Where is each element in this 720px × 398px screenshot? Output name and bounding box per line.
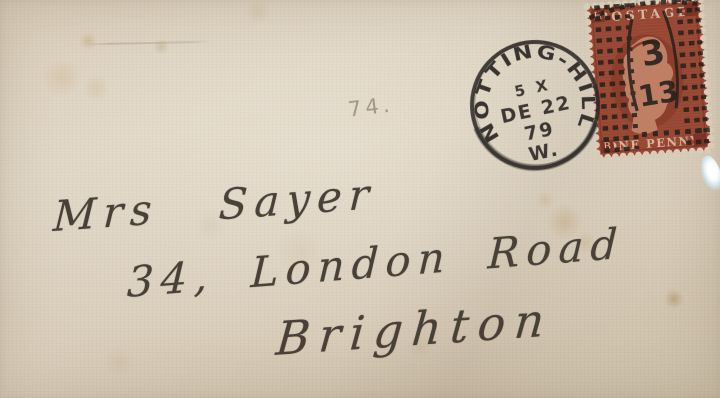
postmark-notting-hill: NOTTING-HILL 5 X DE 22 79 W. [456, 26, 614, 184]
cancel-number-bottom: 13 [636, 74, 681, 114]
envelope-photo: Mrs Sayer 34, London Road Brighton 74. P… [0, 0, 720, 398]
